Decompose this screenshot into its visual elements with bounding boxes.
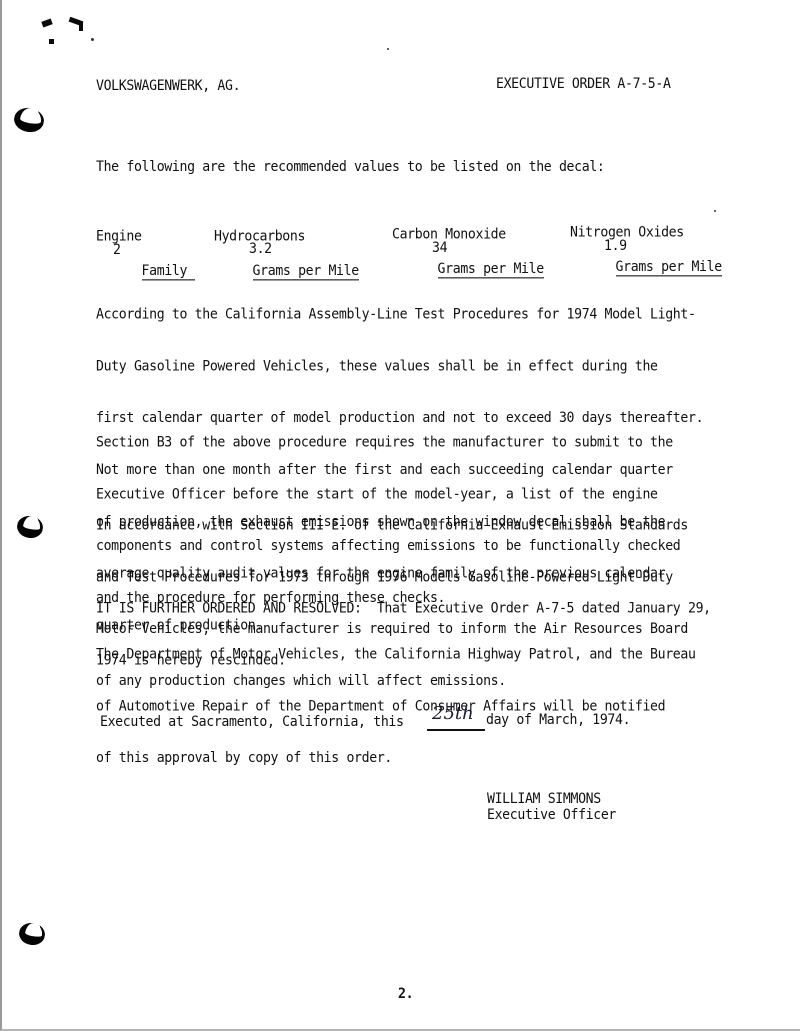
hole-punch-mark [12,106,46,135]
hole-punch-mark [17,921,46,947]
page-number: 2. [398,986,413,1003]
cell-carbon-monoxide: 34 [432,240,447,257]
signer-title: Executive Officer [487,807,616,824]
scan-artifact [387,48,389,50]
handwritten-day: 25th [432,703,474,724]
paragraph-notification: The Department of Motor Vehicles, the Ca… [96,612,696,802]
executed-prefix: Executed at Sacramento, California, this [100,714,404,731]
scan-artifact [41,18,52,27]
intro-text: The following are the recommended values… [96,159,605,176]
cell-hydrocarbons: 3.2 [249,241,272,258]
executive-order-title: EXECUTIVE ORDER A-7-5-A [496,76,671,93]
day-signature-line [427,729,485,731]
scan-artifact [79,22,83,31]
hole-punch-mark [15,514,44,540]
executed-suffix: day of March, 1974. [486,712,630,729]
scan-artifact [91,38,94,41]
scan-artifact [49,39,54,44]
document-page: VOLKSWAGENWERK, AG. EXECUTIVE ORDER A-7-… [0,0,800,1031]
signer-name: WILLIAM SIMMONS [487,791,601,808]
cell-engine-family: 2 [113,242,121,259]
cell-nitrogen-oxides: 1.9 [604,238,627,255]
company-name: VOLKSWAGENWERK, AG. [96,78,240,95]
